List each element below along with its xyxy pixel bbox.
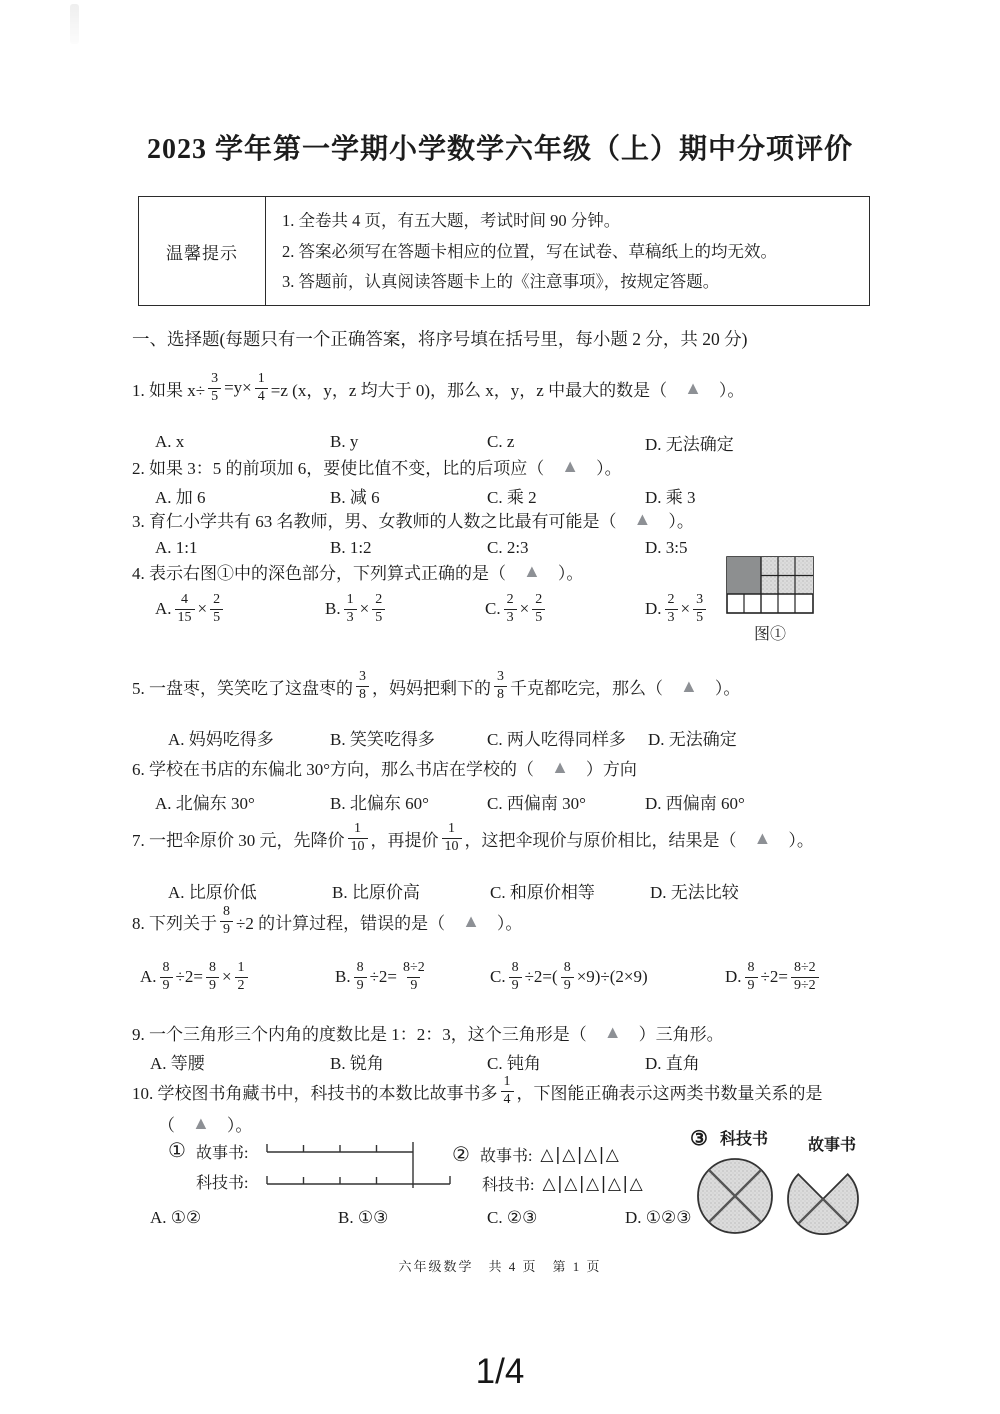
q10-figure-2: ② 故事书: △|△|△|△ 科技书: △|△|△|△|△ bbox=[452, 1140, 692, 1198]
page-footer: 六年级数学 共 4 页 第 1 页 bbox=[0, 1256, 1000, 1275]
q10-figures-area: ① 故事书: 科技书: ② 故事书: △ bbox=[0, 0, 1000, 1414]
figure-3-right-label: 故事书 bbox=[808, 1132, 856, 1155]
figure-3-left-label: 科技书 bbox=[720, 1126, 768, 1149]
figure-1-row1-label: 故事书: bbox=[196, 1140, 248, 1163]
figure-1-tag: ① bbox=[168, 1140, 186, 1162]
figure-2-row1-label: 故事书: bbox=[480, 1143, 532, 1166]
figure-2-row1-triangles: △|△|△|△ bbox=[540, 1145, 620, 1165]
figure-2-row2-triangles: △|△|△|△|△ bbox=[542, 1174, 644, 1194]
exam-paper-page: 2023 学年第一学期小学数学六年级（上）期中分项评价 温馨提示 1. 全卷共 … bbox=[0, 0, 1000, 1414]
q10-figure-3: ③ 科技书 故事书 bbox=[690, 1126, 890, 1247]
figure-2-row2-label: 科技书: bbox=[482, 1172, 534, 1195]
figure-1-row2-label: 科技书: bbox=[196, 1170, 248, 1193]
figure-2-row: ② 故事书: △|△|△|△ bbox=[452, 1140, 692, 1169]
pie-circles-diagram bbox=[690, 1150, 880, 1242]
figure-3-tag: ③ bbox=[690, 1126, 708, 1151]
viewer-page-indicator: 1/4 bbox=[0, 1352, 1000, 1392]
figure-2-row: 科技书: △|△|△|△|△ bbox=[452, 1169, 692, 1198]
tape-bar-diagram bbox=[264, 1138, 464, 1198]
q10-figure-1: ① 故事书: 科技书: bbox=[168, 1138, 468, 1208]
figure-2-tag: ② bbox=[452, 1142, 470, 1167]
